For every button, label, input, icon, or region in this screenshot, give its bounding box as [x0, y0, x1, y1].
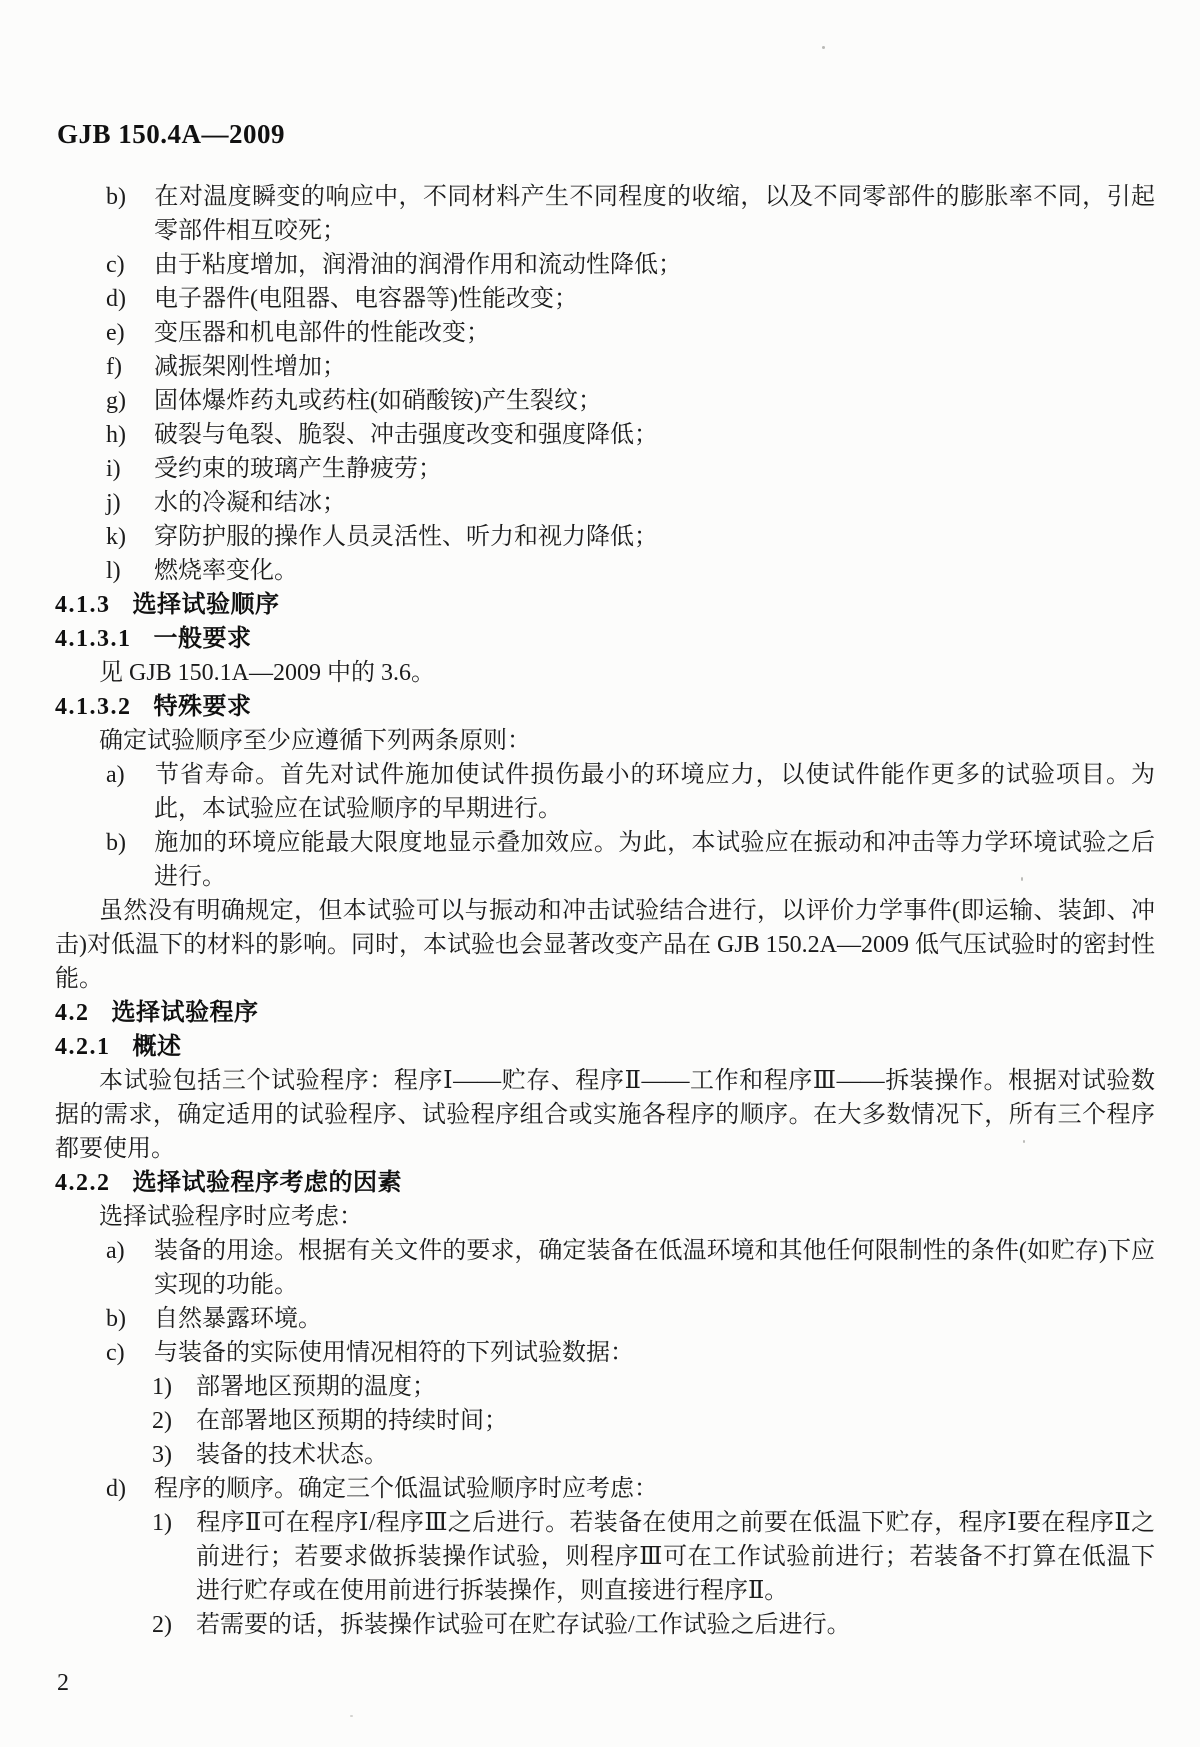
- section-heading: 4.1.3选择试验顺序: [55, 588, 1155, 622]
- list-item: b)自然暴露环境。: [55, 1302, 1155, 1336]
- section-heading: 4.1.3.1一般要求: [55, 622, 1155, 656]
- section-heading: 4.2选择试验程序: [55, 996, 1155, 1030]
- list-item-text: 装备的用途。根据有关文件的要求，确定装备在低温环境和其他任何限制性的条件(如贮存…: [154, 1238, 1155, 1298]
- list-item-text: 若需要的话，拆装操作试验可在贮存试验/工作试验之后进行。: [196, 1612, 851, 1638]
- section-title: 选择试验程序: [112, 999, 259, 1026]
- list-item-label: a): [106, 1234, 154, 1268]
- section-heading: 4.2.2选择试验程序考虑的因素: [55, 1166, 1155, 1200]
- sub-list-item: 2)若需要的话，拆装操作试验可在贮存试验/工作试验之后进行。: [55, 1608, 1155, 1642]
- scan-speck: [1021, 877, 1023, 881]
- list-item-text: 由于粘度增加，润滑油的润滑作用和流动性降低；: [154, 252, 682, 278]
- list-item-text: 装备的技术状态。: [196, 1442, 388, 1468]
- page: GJB 150.4A—2009 b)在对温度瞬变的响应中，不同材料产生不同程度的…: [0, 0, 1200, 1700]
- list-item-text: 减振架刚性增加；: [154, 354, 346, 380]
- list-item: b)施加的环境应能最大限度地显示叠加效应。为此，本试验应在振动和冲击等力学环境试…: [55, 826, 1155, 894]
- list-item-text: 燃烧率变化。: [154, 558, 298, 584]
- list-item-label: b): [106, 826, 154, 860]
- list-item-label: d): [106, 1472, 154, 1506]
- list-item-text: 穿防护服的操作人员灵活性、听力和视力降低；: [154, 524, 658, 550]
- section-title: 一般要求: [154, 625, 252, 652]
- list-item-text: 电子器件(电阻器、电容器等)性能改变；: [154, 286, 578, 312]
- list-item: c)由于粘度增加，润滑油的润滑作用和流动性降低；: [55, 248, 1155, 282]
- section-number: 4.2.1: [55, 1034, 111, 1060]
- section-heading: 4.2.1概述: [55, 1030, 1155, 1064]
- section-title: 概述: [133, 1033, 182, 1060]
- section-number: 4.1.3.2: [55, 694, 132, 720]
- list-item: i)受约束的玻璃产生静疲劳；: [55, 452, 1155, 486]
- section-title: 选择试验程序考虑的因素: [133, 1169, 403, 1196]
- sub-list-item: 2)在部署地区预期的持续时间；: [55, 1404, 1155, 1438]
- list-item: a)节省寿命。首先对试件施加使试件损伤最小的环境应力，以使试件能作更多的试验项目…: [55, 758, 1155, 826]
- list-item-label: h): [106, 418, 154, 452]
- section-heading: 4.1.3.2特殊要求: [55, 690, 1155, 724]
- page-number: 2: [57, 1666, 1200, 1700]
- paragraph: 虽然没有明确规定，但本试验可以与振动和冲击试验结合进行，以评价力学事件(即运输、…: [55, 894, 1155, 996]
- list-item-label: 2): [152, 1404, 196, 1438]
- list-item-label: k): [106, 520, 154, 554]
- list-item-label: 3): [152, 1438, 196, 1472]
- list-item-text: 部署地区预期的温度；: [196, 1374, 436, 1400]
- list-item-label: g): [106, 384, 154, 418]
- sub-list-item: 3)装备的技术状态。: [55, 1438, 1155, 1472]
- list-item-text: 破裂与龟裂、脆裂、冲击强度改变和强度降低；: [154, 422, 658, 448]
- list-item-text: 自然暴露环境。: [154, 1306, 322, 1332]
- list-item: f)减振架刚性增加；: [55, 350, 1155, 384]
- list-item: a)装备的用途。根据有关文件的要求，确定装备在低温环境和其他任何限制性的条件(如…: [55, 1234, 1155, 1302]
- paragraph: 见 GJB 150.1A—2009 中的 3.6。: [55, 656, 1155, 690]
- list-item-label: 2): [152, 1608, 196, 1642]
- list-item: g)固体爆炸药丸或药柱(如硝酸铵)产生裂纹；: [55, 384, 1155, 418]
- list-item: d)程序的顺序。确定三个低温试验顺序时应考虑：: [55, 1472, 1155, 1506]
- list-item-label: l): [106, 554, 154, 588]
- list-item-text: 变压器和机电部件的性能改变；: [154, 320, 490, 346]
- list-item-label: 1): [152, 1370, 196, 1404]
- list-item-label: i): [106, 452, 154, 486]
- paragraph: 本试验包括三个试验程序：程序Ⅰ——贮存、程序Ⅱ——工作和程序Ⅲ——拆装操作。根据…: [55, 1064, 1155, 1166]
- section-number: 4.1.3: [55, 592, 111, 618]
- section-title: 选择试验顺序: [133, 591, 280, 618]
- list-item-text: 受约束的玻璃产生静疲劳；: [154, 456, 442, 482]
- list-item-label: b): [106, 1302, 154, 1336]
- scan-speck: [822, 46, 825, 49]
- list-item: b)在对温度瞬变的响应中，不同材料产生不同程度的收缩，以及不同零部件的膨胀率不同…: [55, 180, 1155, 248]
- paragraph: 选择试验程序时应考虑：: [55, 1200, 1155, 1234]
- list-item-text: 施加的环境应能最大限度地显示叠加效应。为此，本试验应在振动和冲击等力学环境试验之…: [154, 830, 1155, 890]
- sub-list-item: 1)部署地区预期的温度；: [55, 1370, 1155, 1404]
- list-item-label: b): [106, 180, 154, 214]
- list-item: h)破裂与龟裂、脆裂、冲击强度改变和强度降低；: [55, 418, 1155, 452]
- section-title: 特殊要求: [154, 693, 252, 720]
- document-body: b)在对温度瞬变的响应中，不同材料产生不同程度的收缩，以及不同零部件的膨胀率不同…: [0, 180, 1200, 1642]
- list-item-text: 程序Ⅱ可在程序Ⅰ/程序Ⅲ之后进行。若装备在使用之前要在低温下贮存，程序Ⅰ要在程序…: [196, 1510, 1155, 1604]
- list-item-text: 在部署地区预期的持续时间；: [196, 1408, 508, 1434]
- paragraph: 确定试验顺序至少应遵循下列两条原则：: [55, 724, 1155, 758]
- list-item-label: d): [106, 282, 154, 316]
- list-item-label: e): [106, 316, 154, 350]
- list-item-label: c): [106, 1336, 154, 1370]
- section-number: 4.2: [55, 1000, 90, 1026]
- list-item: k)穿防护服的操作人员灵活性、听力和视力降低；: [55, 520, 1155, 554]
- list-item: d)电子器件(电阻器、电容器等)性能改变；: [55, 282, 1155, 316]
- list-item-label: c): [106, 248, 154, 282]
- scan-speck: [350, 1715, 353, 1717]
- list-item-text: 节省寿命。首先对试件施加使试件损伤最小的环境应力，以使试件能作更多的试验项目。为…: [154, 762, 1155, 822]
- scanned-standard-page: { "page": { "doc_number": "GJB 150.4A—20…: [0, 0, 1200, 1747]
- list-item: c)与装备的实际使用情况相符的下列试验数据：: [55, 1336, 1155, 1370]
- list-item-label: a): [106, 758, 154, 792]
- doc-number-header: GJB 150.4A—2009: [57, 116, 1200, 152]
- list-item-label: f): [106, 350, 154, 384]
- list-item-text: 在对温度瞬变的响应中，不同材料产生不同程度的收缩，以及不同零部件的膨胀率不同，引…: [154, 184, 1155, 244]
- sub-list-item: 1)程序Ⅱ可在程序Ⅰ/程序Ⅲ之后进行。若装备在使用之前要在低温下贮存，程序Ⅰ要在…: [55, 1506, 1155, 1608]
- list-item-label: 1): [152, 1506, 196, 1540]
- list-item: e)变压器和机电部件的性能改变；: [55, 316, 1155, 350]
- list-item: l)燃烧率变化。: [55, 554, 1155, 588]
- list-item-text: 程序的顺序。确定三个低温试验顺序时应考虑：: [154, 1476, 658, 1502]
- section-number: 4.2.2: [55, 1170, 111, 1196]
- section-number: 4.1.3.1: [55, 626, 132, 652]
- list-item-text: 固体爆炸药丸或药柱(如硝酸铵)产生裂纹；: [154, 388, 602, 414]
- list-item-text: 水的冷凝和结冰；: [154, 490, 346, 516]
- scan-speck: [1023, 1140, 1025, 1143]
- list-item: j)水的冷凝和结冰；: [55, 486, 1155, 520]
- list-item-label: j): [106, 486, 154, 520]
- list-item-text: 与装备的实际使用情况相符的下列试验数据：: [154, 1340, 634, 1366]
